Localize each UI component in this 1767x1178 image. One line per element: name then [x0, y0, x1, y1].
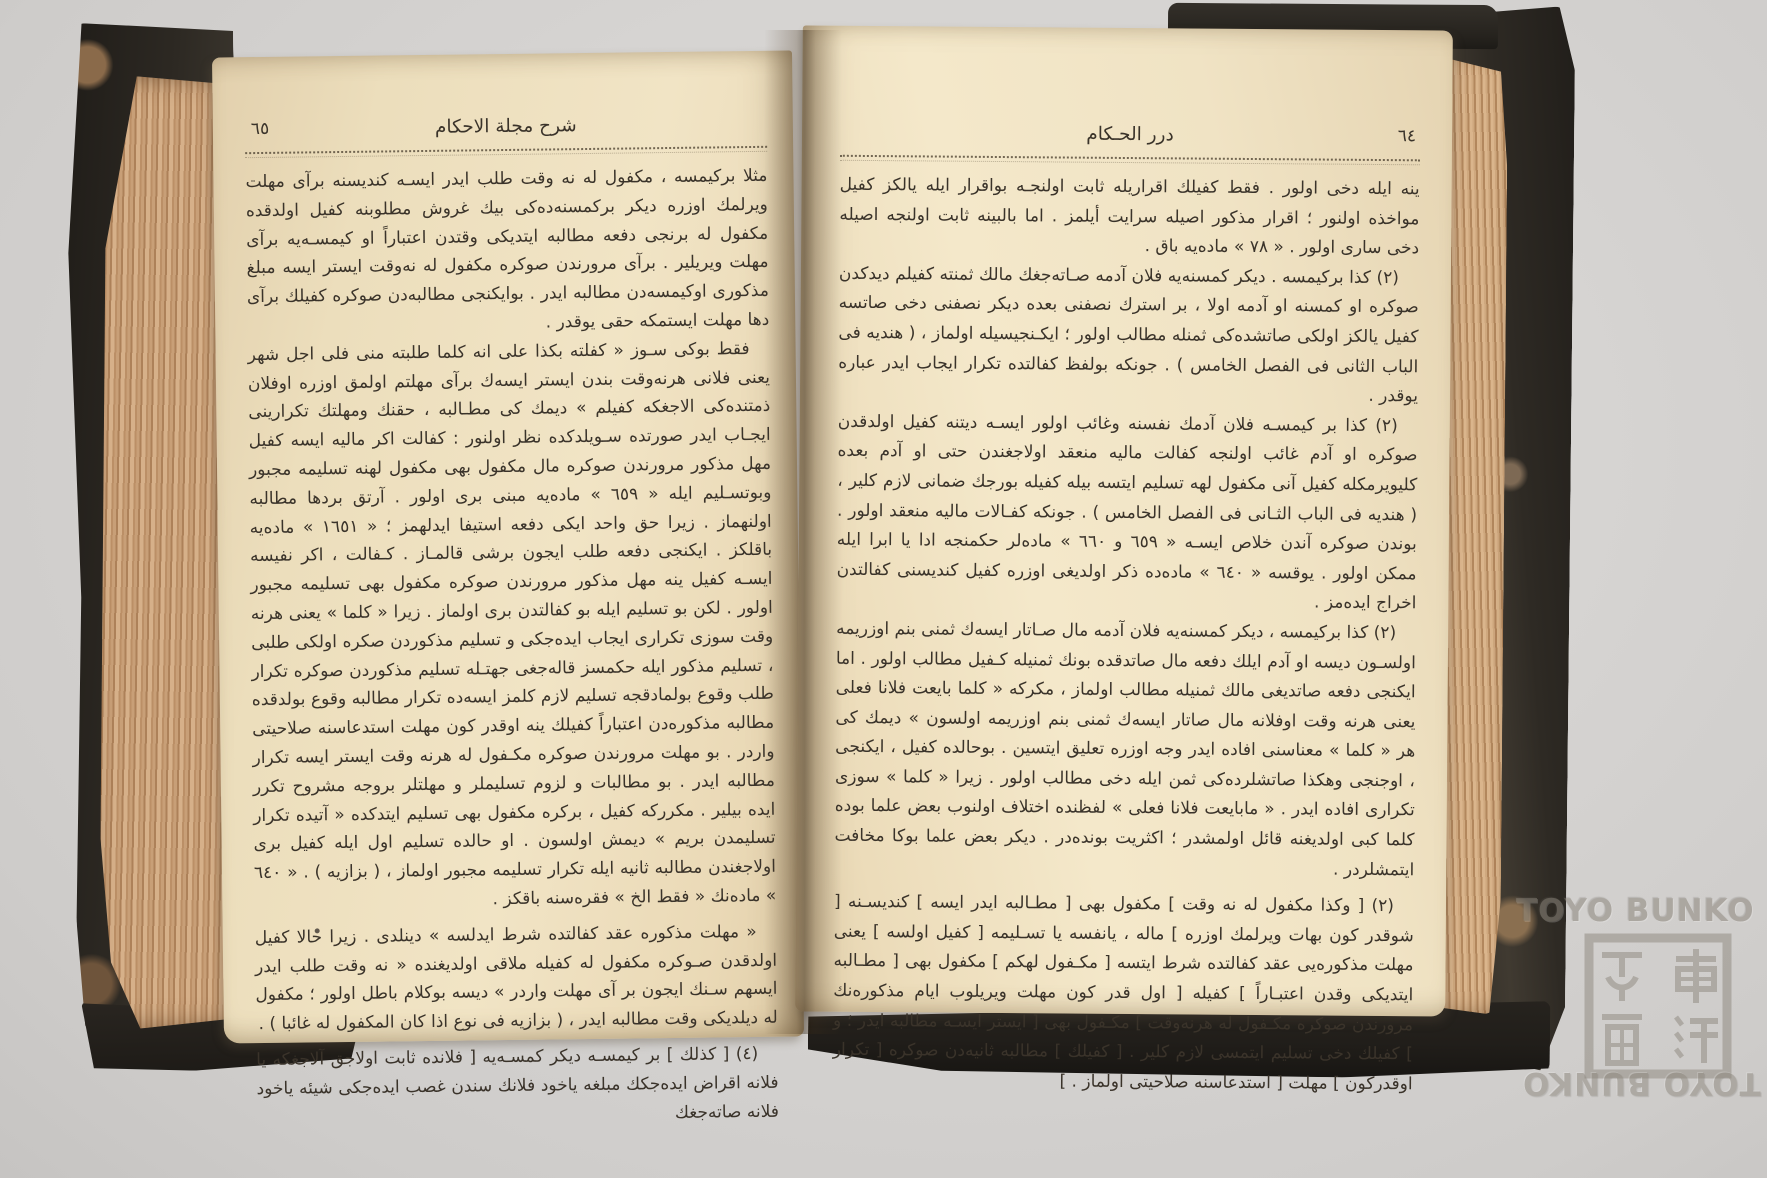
header-rule	[245, 146, 767, 154]
paragraph: (٤) [ كذلك ] بر كيمسـه ديكر كمسـه‌يه [ ف…	[256, 1040, 779, 1133]
paragraph: « مهلت مذكوره عقد كفالتده شرط ايدلسه » د…	[255, 917, 778, 1039]
toyo-bunko-seal-icon	[1584, 933, 1732, 1079]
left-page-title: شرح مجلة الاحكام	[245, 113, 767, 140]
right-page-body: ينه ايله دخى اولور . فقط كفيلك اقراريله …	[832, 171, 1419, 1100]
paragraph: مثلا بركيمسه ، مكفول له نه وقت طلب ايدر …	[245, 162, 769, 341]
left-page-content: ٦٥ شرح مجلة الاحكام مثلا بركيمسه ، مكفول…	[212, 50, 804, 1043]
book-photo: ٦٥ شرح مجلة الاحكام مثلا بركيمسه ، مكفول…	[0, 0, 1767, 1178]
left-page: ٦٥ شرح مجلة الاحكام مثلا بركيمسه ، مكفول…	[212, 50, 804, 1043]
ink-speck	[315, 928, 320, 933]
right-page-content: ٦٤ درر الحـكام ينه ايله دخى اولور . فقط …	[795, 25, 1453, 1016]
right-page-title: درر الحـكام	[840, 122, 1420, 148]
paragraph: (٢) [ وكذا مكفول له نه وقت ] مكفول بهى […	[832, 888, 1414, 1100]
watermark-text-bottom: TOYO BUNKO	[1522, 1065, 1761, 1101]
paragraph: (٢) كذا بركيمسه ، ديكر كمسنه‌يه فلان آدم…	[834, 615, 1416, 886]
header-rule	[840, 155, 1420, 162]
paragraph: (٢) كذا بر كيمسـه فلان آدمك نفسنه وغائب …	[836, 407, 1418, 619]
right-page: ٦٤ درر الحـكام ينه ايله دخى اولور . فقط …	[795, 25, 1453, 1016]
left-page-body: مثلا بركيمسه ، مكفول له نه وقت طلب ايدر …	[245, 162, 779, 1133]
paragraph: فقط بوكى سـوز « كفلته بكذا على انه كلما …	[247, 335, 776, 917]
right-page-header: ٦٤ درر الحـكام	[840, 122, 1420, 155]
paragraph: (٢) كذا بركيمسه . ديكر كمسنه‌يه فلان آدم…	[838, 260, 1419, 413]
left-page-header: ٦٥ شرح مجلة الاحكام	[245, 113, 767, 147]
paragraph: ينه ايله دخى اولور . فقط كفيلك اقراريله …	[839, 171, 1420, 264]
